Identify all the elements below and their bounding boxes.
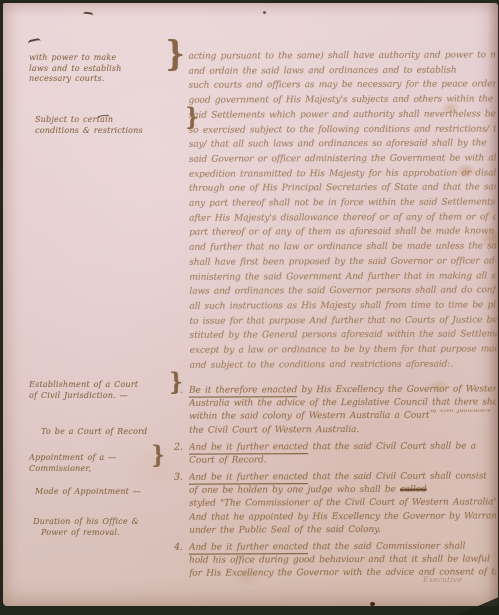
margin-note-line: Duration of his Office & [33,517,185,528]
margin-note-establishment: Establishment of a Court of Civil Jurisd… [29,380,181,401]
ink-mark [27,38,41,48]
body-text: within the said colony of Western Austra… [189,411,429,422]
body-line: of one be holden by one judge who shall … [189,484,496,499]
body-line: and ordain the said laws and ordinances … [188,63,495,79]
section-1-number: 1. [174,385,183,396]
page-edge-shadow [488,3,498,606]
body-line: to issue for that purpose And further th… [189,313,496,329]
margin-note-line: necessary courts. [29,74,181,85]
body-line: through one of His Principal Secretaries… [189,181,496,197]
ink-spot [263,11,266,14]
section-4-number: 4. [174,542,183,553]
section-3: 3. And be it further enacted that the sa… [189,470,496,537]
body-line: Be it therefore enacted by His Excellenc… [189,383,496,398]
foxing-stain [427,379,449,394]
margin-note-line: Subject to certain [35,115,187,126]
body-line: except by a law or ordinance to be by th… [190,342,497,358]
margin-note-powers: with power to make laws and to establish… [29,53,181,85]
body-text: of one be holden by one judge who shall … [189,485,400,496]
section-1: 1. Be it therefore enacted by His Excell… [189,383,496,437]
body-line: so exercised subject to the following co… [189,122,496,138]
body-line: and further that no law or ordinance sha… [189,239,496,255]
foxing-stain [441,101,461,115]
foxing-stain [455,163,477,179]
foxing-stain [123,443,193,493]
section-2: 2. And be it further enacted that the sa… [189,440,496,468]
body-line: stituted by the General persons aforesai… [190,328,497,344]
body-line: shall have first been proposed by the sa… [189,254,496,270]
margin-note-conditions: Subject to certain conditions & restrict… [35,115,187,136]
body-line: all such instructions as His Majesty sha… [189,298,496,314]
body-line: any part thereof shall not be in force w… [189,195,496,211]
margin-note-line: Establishment of a Court [29,380,181,391]
margin-note-line: conditions & restrictions [35,126,187,137]
catchword: Executive [423,575,462,584]
body-line: and subject to the conditions and restri… [190,357,497,373]
ink-mark [83,11,94,18]
body-line: say/ that all such laws and ordinances s… [189,137,496,153]
body-text: that the said Civil Court shall consist [308,471,486,482]
margin-note-line: Power of removal. [33,528,185,539]
body-line: hold his office during good behaviour an… [189,554,496,569]
body-line: ministering the said Government And furt… [189,269,496,285]
margin-brace-icon: } [166,49,186,61]
enacting-phrase: And be it further enacted [189,442,308,455]
body-line: part thereof or of any of them as afores… [189,225,496,241]
margin-note-line: laws and to establish [29,64,181,75]
body-line: Court of Record. [189,454,496,469]
struck-word: called [400,485,427,495]
body-line: such courts and officers as may be neces… [188,78,495,94]
photo-frame: with power to make laws and to establish… [0,0,499,615]
body-line: acting pursuant to the same) shall have … [188,48,495,64]
margin-note-court-of-record: To be a Court of Record [41,427,193,438]
body-text: that the said Commissioner shall [308,541,465,552]
margin-note-duration-of-office: Duration of his Office & Power of remova… [33,517,185,538]
body-line: Australia with the advice of the Legisla… [189,397,496,412]
body-line: laws and ordinances the said Governor pe… [189,284,496,300]
margin-note-line: with power to make [29,53,181,64]
interlinear-insertion: of civil judicature [430,410,491,414]
enacting-phrase: Be it therefore enacted [189,385,297,398]
body-line: And be it further enacted that the said … [189,470,496,485]
body-line: And that he appointed by His Excellency … [189,510,496,525]
body-line: styled "The Commissioner of the Civil Co… [189,497,496,512]
body-line: And be it further enacted that the said … [189,540,496,555]
enacting-phrase: And be it further enacted [189,542,308,555]
margin-note-line: of Civil Jurisdiction. — [29,391,181,402]
body-opening-paragraph: acting pursuant to the same) shall have … [188,48,496,373]
body-line: And be it further enacted that the said … [189,440,496,455]
ink-spot [370,602,375,606]
body-line: expedition transmitted to His Majesty fo… [189,166,496,182]
body-text: by His Excellency the Governor of Wester… [297,384,496,395]
body-line: under the Public Seal of the said Colony… [189,523,496,538]
margin-note-line: To be a Court of Record [41,427,193,438]
manuscript-page: with power to make laws and to establish… [3,3,498,606]
body-line: within the said colony of Western Austra… [189,410,496,425]
enacting-phrase: And be it further enacted [189,472,308,485]
body-line: the Civil Court of Western Australia. [189,423,496,438]
body-line: said Governor or officer administering t… [189,151,496,167]
body-line: after His Majesty's disallowance thereof… [189,210,496,226]
body-text: that the said Civil Court shall be a [308,441,476,452]
foxing-stain [231,565,263,587]
